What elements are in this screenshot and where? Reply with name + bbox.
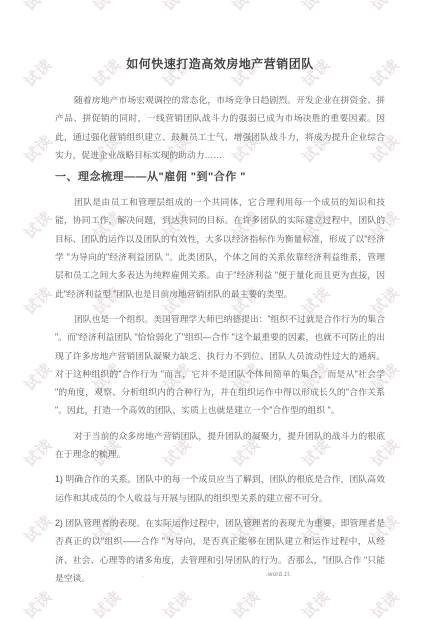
- watermark-stamp: 试读: [19, 434, 56, 471]
- document-title: 如何快速打造高效房地产营销团队: [55, 54, 385, 74]
- watermark-stamp: 试读: [436, 130, 440, 167]
- document-content: 如何快速打造高效房地产营销团队 随着房地产市场宏观调控的常态化，市场竞争日趋剧烈…: [55, 0, 385, 594]
- paragraph: 团队也是一个组织。美国管理学大师巴纳德提出："组织不过就是合作行为的集合 "。而…: [55, 310, 385, 420]
- footer-dot: ·: [142, 574, 144, 580]
- watermark-stamp: 试读: [19, 510, 56, 547]
- watermark-stamp: 试读: [436, 358, 440, 395]
- watermark-stamp: 试读: [436, 434, 440, 471]
- footer-watermark-text: .word.zl.: [266, 572, 291, 578]
- paragraph: 对于当前的众多房地产营销团队，提升团队的凝聚力，提升团队的战斗力的根底在于理念的…: [55, 427, 385, 464]
- watermark-stamp: 试读: [19, 282, 56, 319]
- watermark-stamp: 试读: [436, 586, 440, 620]
- watermark-stamp: 试读: [436, 510, 440, 547]
- watermark-stamp: 试读: [436, 206, 440, 243]
- watermark-stamp: 试读: [19, 0, 56, 15]
- watermark-stamp: 试读: [436, 0, 440, 15]
- document-page: 试读试读试读试读试读试读试读试读试读试读试读试读试读试读试读试读试读试读试读试读…: [0, 0, 440, 620]
- section-heading: 一、理念梳理——从"雇佣 "到"合作 ": [55, 171, 385, 184]
- paragraph: 2) 团队管理者的表现。在实际运作过程中，团队管理者的表现尤为重要，即管理者是否…: [55, 514, 385, 587]
- watermark-stamp: 试读: [436, 282, 440, 319]
- paragraph: 随着房地产市场宏观调控的常态化，市场竞争日趋剧烈。开发企业在拼资金、拼产品、拼促…: [55, 91, 385, 164]
- paragraph: 团队是由员工和管理层组成的一个共同体，它合理利用每一个成员的知识和技能，协同工作…: [55, 193, 385, 303]
- watermark-stamp: 试读: [19, 358, 56, 395]
- watermark-stamp: 试读: [19, 130, 56, 167]
- watermark-stamp: 试读: [19, 586, 56, 620]
- watermark-stamp: 试读: [436, 54, 440, 91]
- paragraph: 1) 明确合作的关系。团队中的每一个成员应当了解到，团队的根底是合作，团队高效运…: [55, 470, 385, 507]
- watermark-stamp: 试读: [19, 206, 56, 243]
- document-body: 随着房地产市场宏观调控的常态化，市场竞争日趋剧烈。开发企业在拼资金、拼产品、拼促…: [55, 91, 385, 587]
- watermark-stamp: 试读: [19, 54, 56, 91]
